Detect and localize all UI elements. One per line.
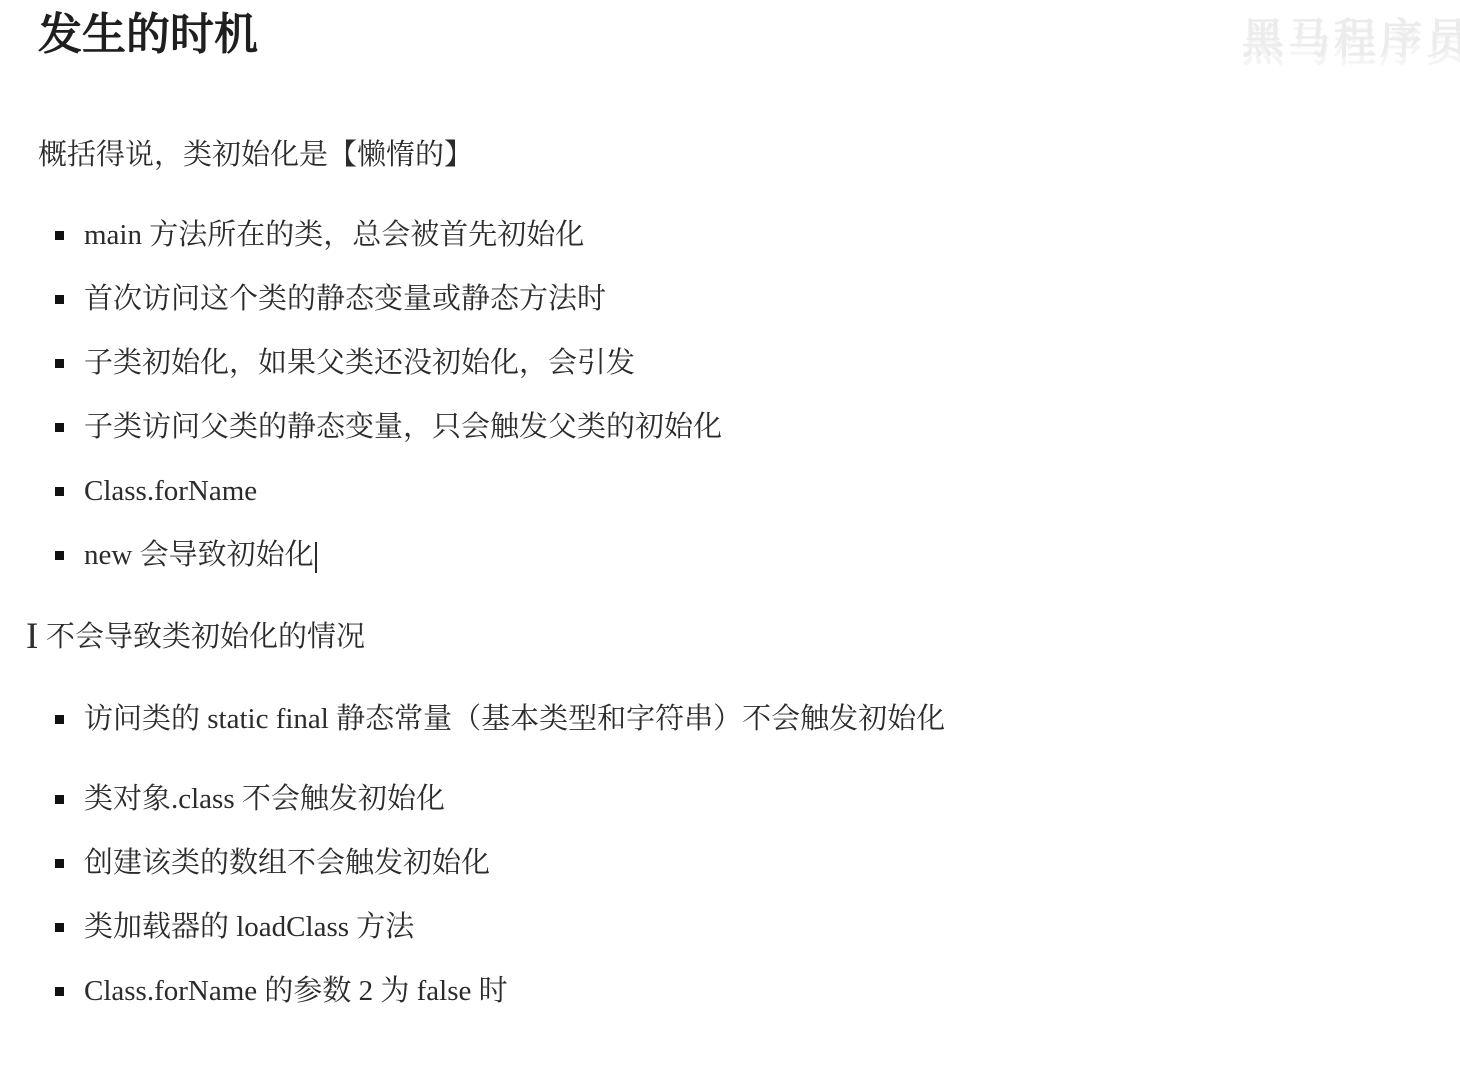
list-item[interactable]: 子类初始化，如果父类还没初始化，会引发 — [38, 346, 1460, 380]
text-caret — [315, 542, 317, 573]
list-item[interactable]: 创建该类的数组不会触发初始化 — [38, 846, 1460, 880]
list-item[interactable]: main 方法所在的类，总会被首先初始化 — [38, 218, 1460, 252]
list-item[interactable]: new 会导致初始化 — [38, 538, 1460, 572]
list-item[interactable]: Class.forName — [38, 474, 1460, 508]
list-item[interactable]: 首次访问这个类的静态变量或静态方法时 — [38, 282, 1460, 316]
markdown-editor-document[interactable]: 黑马程序员 发生的时机 概括得说，类初始化是【懒惰的】 main 方法所在的类，… — [0, 0, 1460, 1080]
list-item[interactable]: 访问类的 static final 静态常量（基本类型和字符串）不会触发初始化 — [38, 702, 1460, 736]
list-item[interactable]: 类加载器的 loadClass 方法 — [38, 910, 1460, 944]
page-title[interactable]: 发生的时机 — [38, 10, 1460, 60]
section-heading-text: 不会导致类初始化的情况 — [46, 621, 365, 653]
no-init-section-heading[interactable]: I不会导致类初始化的情况 — [38, 620, 1460, 654]
intro-paragraph[interactable]: 概括得说，类初始化是【懒惰的】 — [38, 138, 1460, 172]
list-item[interactable]: 类对象.class 不会触发初始化 — [38, 782, 1460, 816]
ibeam-cursor: I — [26, 618, 38, 655]
list-item[interactable]: 子类访问父类的静态变量，只会触发父类的初始化 — [38, 410, 1460, 444]
no-init-list: 访问类的 static final 静态常量（基本类型和字符串）不会触发初始化 … — [38, 702, 1460, 1008]
init-triggers-list: main 方法所在的类，总会被首先初始化 首次访问这个类的静态变量或静态方法时 … — [38, 218, 1460, 572]
list-item-text: new 会导致初始化 — [84, 539, 314, 571]
list-item[interactable]: Class.forName 的参数 2 为 false 时 — [38, 974, 1460, 1008]
